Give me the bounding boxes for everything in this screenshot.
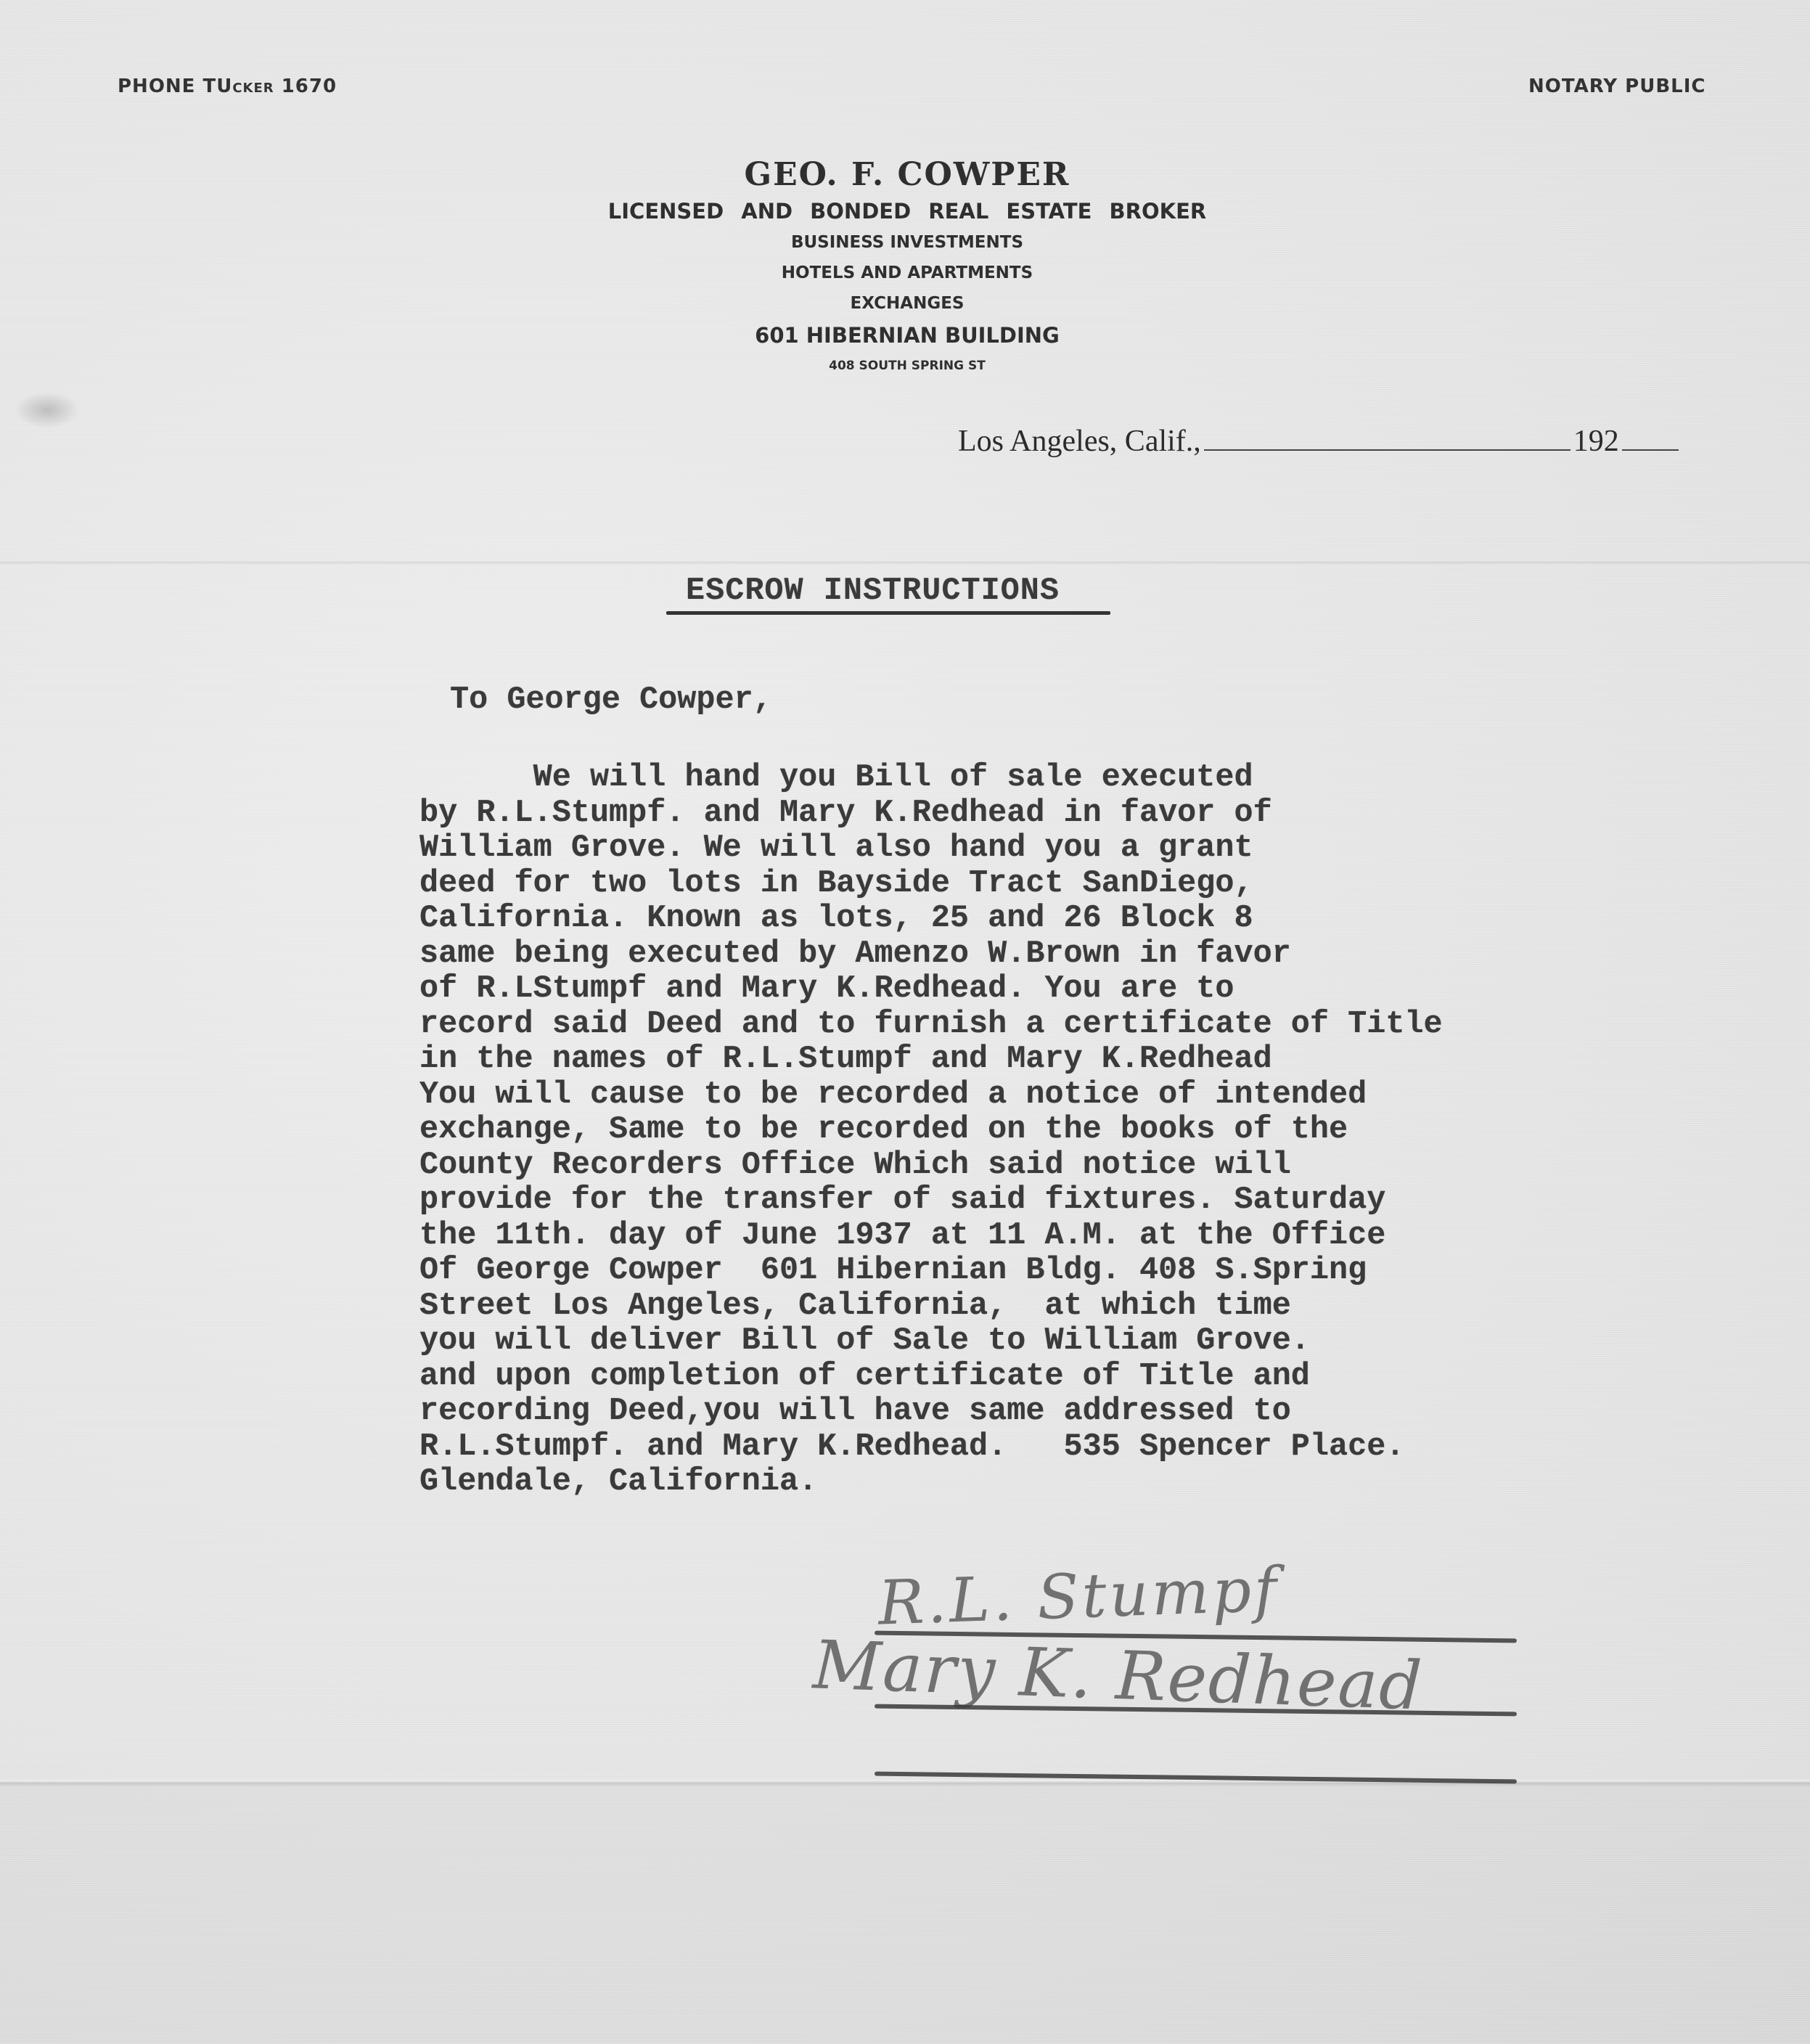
service-line: HOTELS AND APARTMENTS (508, 258, 1306, 288)
body-line: Street Los Angeles, California, at which… (419, 1289, 1443, 1325)
body-line: in the names of R.L.Stumpf and Mary K.Re… (419, 1042, 1443, 1078)
street-address: 408 SOUTH SPRING ST (508, 352, 1306, 380)
year-blank-line (1622, 428, 1679, 451)
body-line: Glendale, California. (419, 1465, 1443, 1500)
body-line: the 11th. day of June 1937 at 11 A.M. at… (419, 1219, 1443, 1254)
salutation: To George Cowper, (450, 682, 772, 718)
dateline: Los Angeles, Calif., 192 (958, 424, 1679, 459)
body-line: recording Deed,you will have same addres… (419, 1394, 1443, 1430)
phone-number: PHONE TUcker 1670 (118, 75, 337, 97)
body-line: exchange, Same to be recorded on the boo… (419, 1113, 1443, 1148)
signature-line (875, 1772, 1517, 1784)
body-line: by R.L.Stumpf. and Mary K.Redhead in fav… (419, 796, 1443, 832)
dateline-place: Los Angeles, Calif., (958, 424, 1201, 459)
letterhead: GEO. F. COWPER LICENSED AND BONDED REAL … (508, 156, 1306, 380)
service-line: EXCHANGES (508, 288, 1306, 319)
body-line: you will deliver Bill of Sale to William… (419, 1324, 1443, 1360)
building-address: 601 HIBERNIAN BUILDING (508, 319, 1306, 352)
paper-fold-line (0, 560, 1810, 565)
paper-lower-panel (0, 1787, 1810, 2044)
body-line: deed for two lots in Bayside Tract SanDi… (419, 867, 1443, 902)
body-line: and upon completion of certificate of Ti… (419, 1360, 1443, 1395)
service-line: BUSINESS INVESTMENTS (508, 227, 1306, 258)
body-line: You will cause to be recorded a notice o… (419, 1078, 1443, 1113)
body-line: California. Known as lots, 25 and 26 Blo… (419, 902, 1443, 937)
body-line: County Recorders Office Which said notic… (419, 1148, 1443, 1184)
body-line: of R.LStumpf and Mary K.Redhead. You are… (419, 972, 1443, 1007)
title-underline (666, 611, 1110, 615)
paper-fold-line (0, 1780, 1810, 1787)
notary-label: NOTARY PUBLIC (1528, 75, 1706, 97)
letter-body: We will hand you Bill of sale executedby… (419, 761, 1443, 1500)
body-line: William Grove. We will also hand you a g… (419, 831, 1443, 867)
body-line: same being executed by Amenzo W.Brown in… (419, 937, 1443, 973)
document-title: ESCROW INSTRUCTIONS (686, 573, 1060, 609)
body-line: record said Deed and to furnish a certif… (419, 1007, 1443, 1043)
ink-smudge (15, 392, 80, 428)
signature-stumpf: R.L. Stumpf (877, 1553, 1280, 1638)
dateline-year: 192 (1573, 424, 1619, 459)
body-line: Of George Cowper 601 Hibernian Bldg. 408… (419, 1254, 1443, 1289)
broker-name: GEO. F. COWPER (508, 156, 1306, 194)
body-line: We will hand you Bill of sale executed (419, 761, 1443, 796)
body-line: R.L.Stumpf. and Mary K.Redhead. 535 Spen… (419, 1430, 1443, 1465)
date-blank-line (1204, 428, 1571, 451)
body-line: provide for the transfer of said fixture… (419, 1183, 1443, 1219)
broker-title: LICENSED AND BONDED REAL ESTATE BROKER (508, 195, 1306, 227)
